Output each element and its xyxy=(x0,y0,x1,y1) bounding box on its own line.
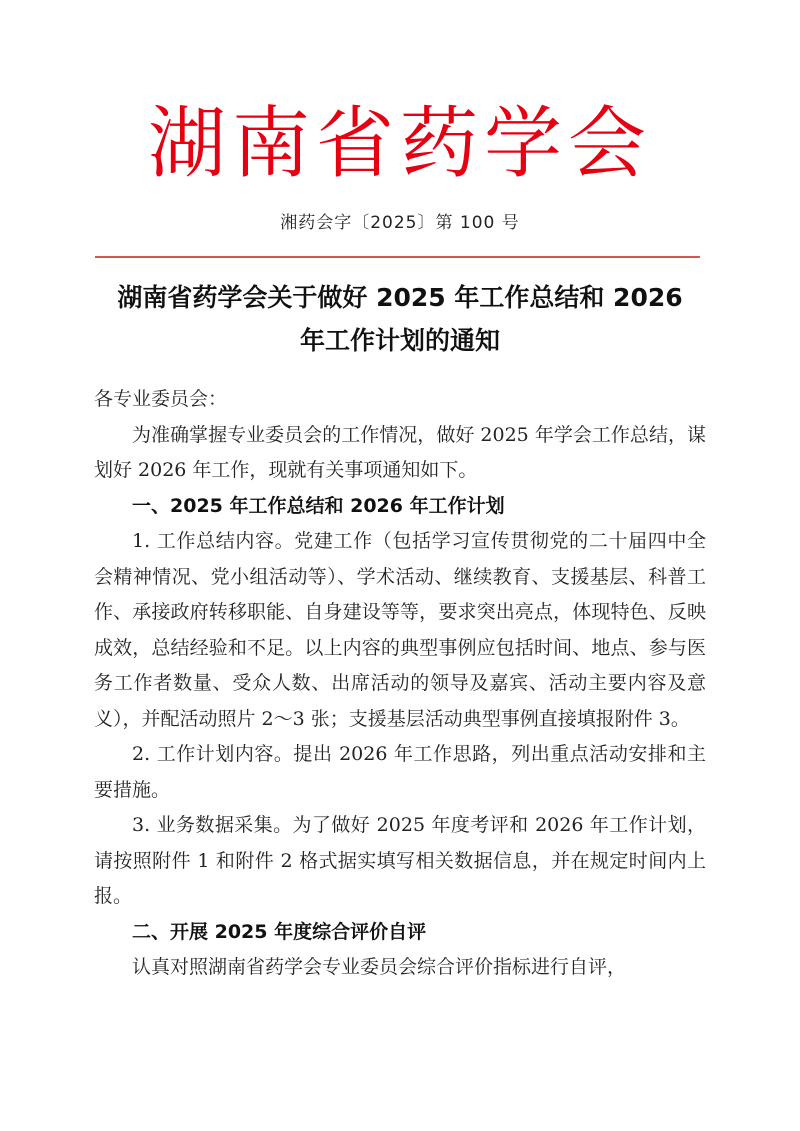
notice-title-line-2: 年工作计划的通知 xyxy=(90,319,710,362)
notice-title-line-1: 湖南省药学会关于做好 2025 年工作总结和 2026 xyxy=(90,276,710,319)
organization-masthead: 湖南省药学会 xyxy=(0,98,800,190)
header-divider xyxy=(95,256,700,258)
notice-title: 湖南省药学会关于做好 2025 年工作总结和 2026 年工作计划的通知 xyxy=(90,276,710,362)
section-2-paragraph: 认真对照湖南省药学会专业委员会综合评价指标进行自评， xyxy=(94,950,706,986)
section-1-item-2: 2. 工作计划内容。提出 2026 年工作思路，列出重点活动安排和主要措施。 xyxy=(94,737,706,808)
section-1-heading: 一、2025 年工作总结和 2026 年工作计划 xyxy=(94,489,706,525)
notice-body: 各专业委员会： 为准确掌握专业委员会的工作情况，做好 2025 年学会工作总结，… xyxy=(94,382,706,986)
section-2-heading: 二、开展 2025 年度综合评价自评 xyxy=(94,915,706,951)
salutation: 各专业委员会： xyxy=(94,382,706,418)
section-1-item-1: 1. 工作总结内容。党建工作（包括学习宣传贯彻党的二十届四中全会精神情况、党小组… xyxy=(94,524,706,737)
document-number: 湘药会字〔2025〕第 100 号 xyxy=(0,212,800,234)
section-1-item-3: 3. 业务数据采集。为了做好 2025 年度考评和 2026 年工作计划，请按照… xyxy=(94,808,706,915)
intro-paragraph: 为准确掌握专业委员会的工作情况，做好 2025 年学会工作总结，谋划好 2026… xyxy=(94,418,706,489)
document-page: 湖南省药学会 湘药会字〔2025〕第 100 号 湖南省药学会关于做好 2025… xyxy=(0,0,800,1131)
